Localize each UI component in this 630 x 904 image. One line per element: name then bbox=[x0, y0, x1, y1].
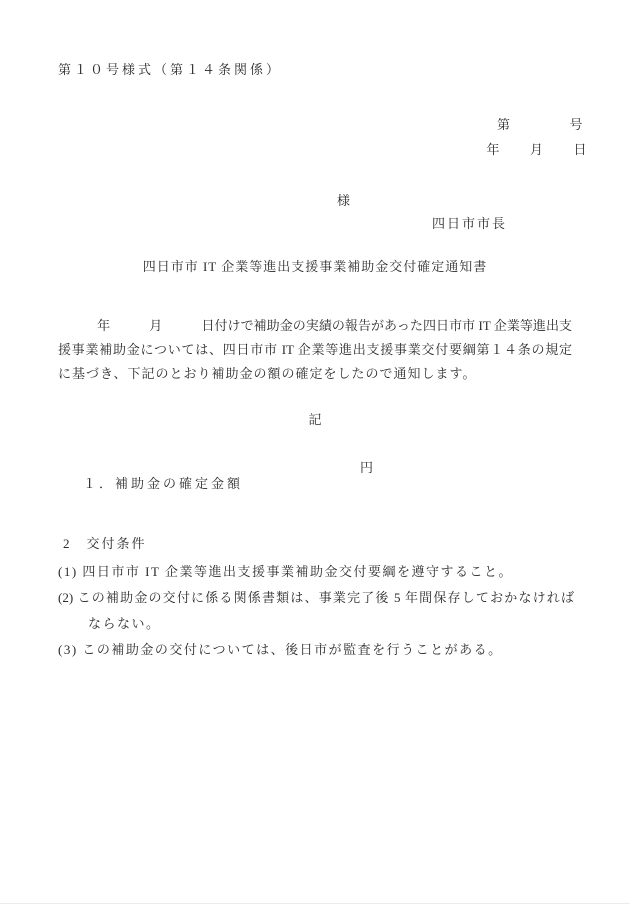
document-page: 第１０号様式（第１４条関係） 第 号 年 月 日 様 四日市市長 四日市市 IT… bbox=[0, 0, 630, 904]
currency-unit: 円 bbox=[360, 460, 373, 476]
note-marker: 記 bbox=[0, 412, 630, 428]
document-title: 四日市市 IT 企業等進出支援事業補助金交付確定通知書 bbox=[0, 259, 630, 275]
condition-item-2-continuation: ならない。 bbox=[58, 611, 574, 637]
body-line-3: に基づき、下記のとおり補助金の額の確定をしたので通知します。 bbox=[58, 362, 572, 386]
addressee-honorific: 様 bbox=[337, 193, 350, 209]
sender-name: 四日市市長 bbox=[432, 216, 507, 232]
document-number-line: 第 号 bbox=[497, 117, 584, 133]
body-paragraph: 年 月 日付けで補助金の実績の報告があった四日市市 IT 企業等進出支 援事業補… bbox=[58, 314, 572, 386]
body-line-2: 援事業補助金については、四日市市 IT 企業等進出支援事業交付要綱第１４条の規定 bbox=[58, 338, 572, 362]
confirmed-amount-line: １．補助金の確定金額 円 bbox=[58, 460, 572, 524]
conditions-heading: 2 交付条件 bbox=[63, 536, 147, 552]
form-number: 第１０号様式（第１４条関係） bbox=[58, 62, 282, 78]
condition-item-2: (2) この補助金の交付に係る関係書類は、事業完了後 5 年間保存しておかなけれ… bbox=[58, 585, 574, 611]
date-line: 年 月 日 bbox=[486, 142, 588, 158]
conditions-list: (1) 四日市市 IT 企業等進出支援事業補助金交付要綱を遵守すること。 (2)… bbox=[58, 559, 574, 663]
condition-item-1: (1) 四日市市 IT 企業等進出支援事業補助金交付要綱を遵守すること。 bbox=[58, 559, 574, 585]
confirmed-amount-label: １．補助金の確定金額 bbox=[83, 476, 243, 491]
body-line-1: 年 月 日付けで補助金の実績の報告があった四日市市 IT 企業等進出支 bbox=[58, 314, 572, 338]
condition-item-3: (3) この補助金の交付については、後日市が監査を行うことがある。 bbox=[58, 637, 574, 663]
